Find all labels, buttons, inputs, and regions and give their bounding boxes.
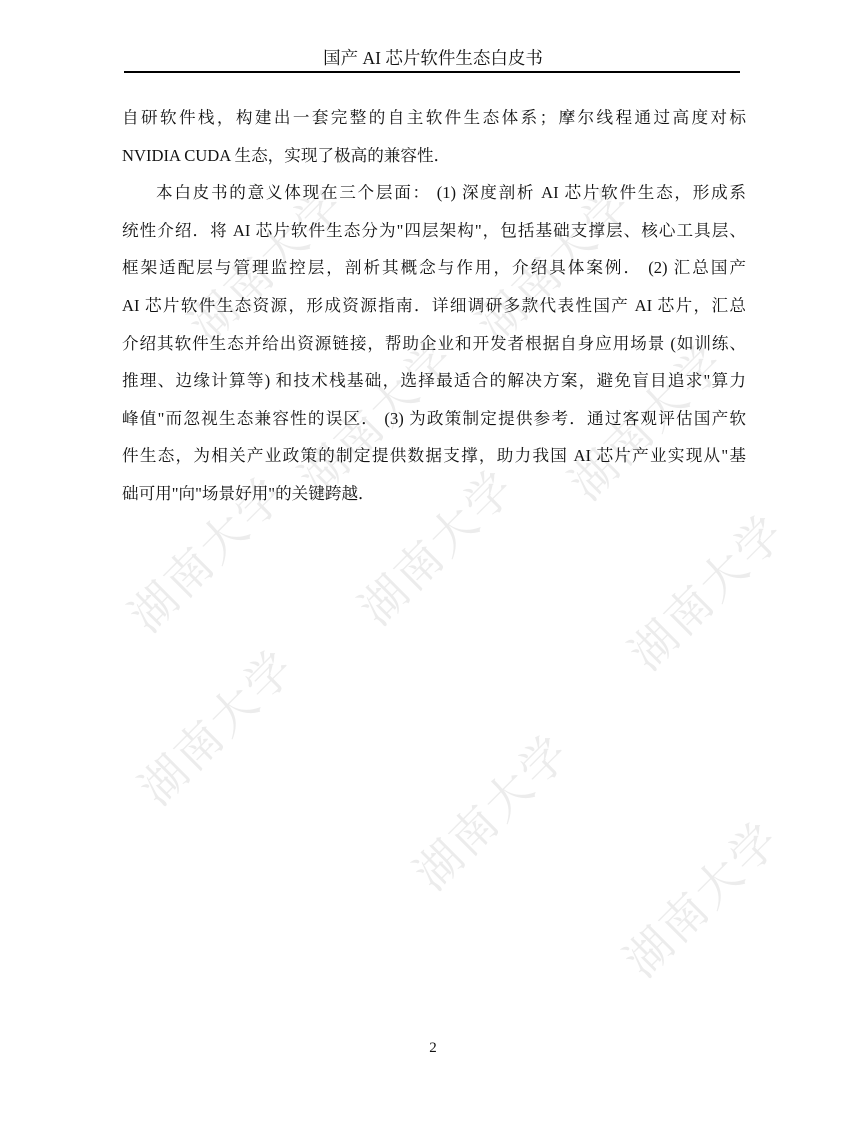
body-line: 件生态，为相关产业政策的制定提供数据支撑，助力我国 AI 芯片产业实现从"基: [122, 437, 746, 475]
page-header-title: 国产 AI 芯片软件生态白皮书: [0, 45, 866, 70]
body-line: AI 芯片软件生态资源，形成资源指南．详细调研多款代表性国产 AI 芯片，汇总: [122, 287, 746, 325]
header-rule: [124, 71, 740, 73]
paragraph: 自研软件栈，构建出一套完整的自主软件生态体系；摩尔线程通过高度对标NVIDIA …: [122, 99, 746, 174]
body-line: 峰值"而忽视生态兼容性的误区． (3) 为政策制定提供参考．通过客观评估国产软: [122, 400, 746, 438]
body-line: 框架适配层与管理监控层，剖析其概念与作用，介绍具体案例． (2) 汇总国产: [122, 249, 746, 287]
paragraph: 本白皮书的意义体现在三个层面： (1) 深度剖析 AI 芯片软件生态，形成系统性…: [122, 174, 746, 512]
document-body: 自研软件栈，构建出一套完整的自主软件生态体系；摩尔线程通过高度对标NVIDIA …: [122, 99, 746, 513]
document-page: 湖南大学湖南大学湖南大学湖南大学湖南大学湖南大学湖南大学湖南大学湖南大学湖南大学…: [0, 0, 866, 1122]
watermark-text: 湖南大学: [607, 804, 792, 989]
body-line: 自研软件栈，构建出一套完整的自主软件生态体系；摩尔线程通过高度对标: [122, 99, 746, 137]
body-line: 统性介绍．将 AI 芯片软件生态分为"四层架构"，包括基础支撑层、核心工具层、: [122, 212, 746, 250]
watermark-text: 湖南大学: [612, 497, 797, 682]
body-line: 介绍其软件生态并给出资源链接，帮助企业和开发者根据自身应用场景 (如训练、: [122, 325, 746, 363]
body-line: NVIDIA CUDA 生态，实现了极高的兼容性．: [122, 137, 746, 175]
body-line: 本白皮书的意义体现在三个层面： (1) 深度剖析 AI 芯片软件生态，形成系: [122, 174, 746, 212]
page-number: 2: [0, 1040, 866, 1057]
body-line: 推理、边缘计算等) 和技术栈基础，选择最适合的解决方案，避免盲目追求"算力: [122, 362, 746, 400]
body-line: 础可用"向"场景好用"的关键跨越．: [122, 475, 746, 513]
watermark-text: 湖南大学: [122, 632, 307, 817]
watermark-text: 湖南大学: [397, 717, 582, 902]
